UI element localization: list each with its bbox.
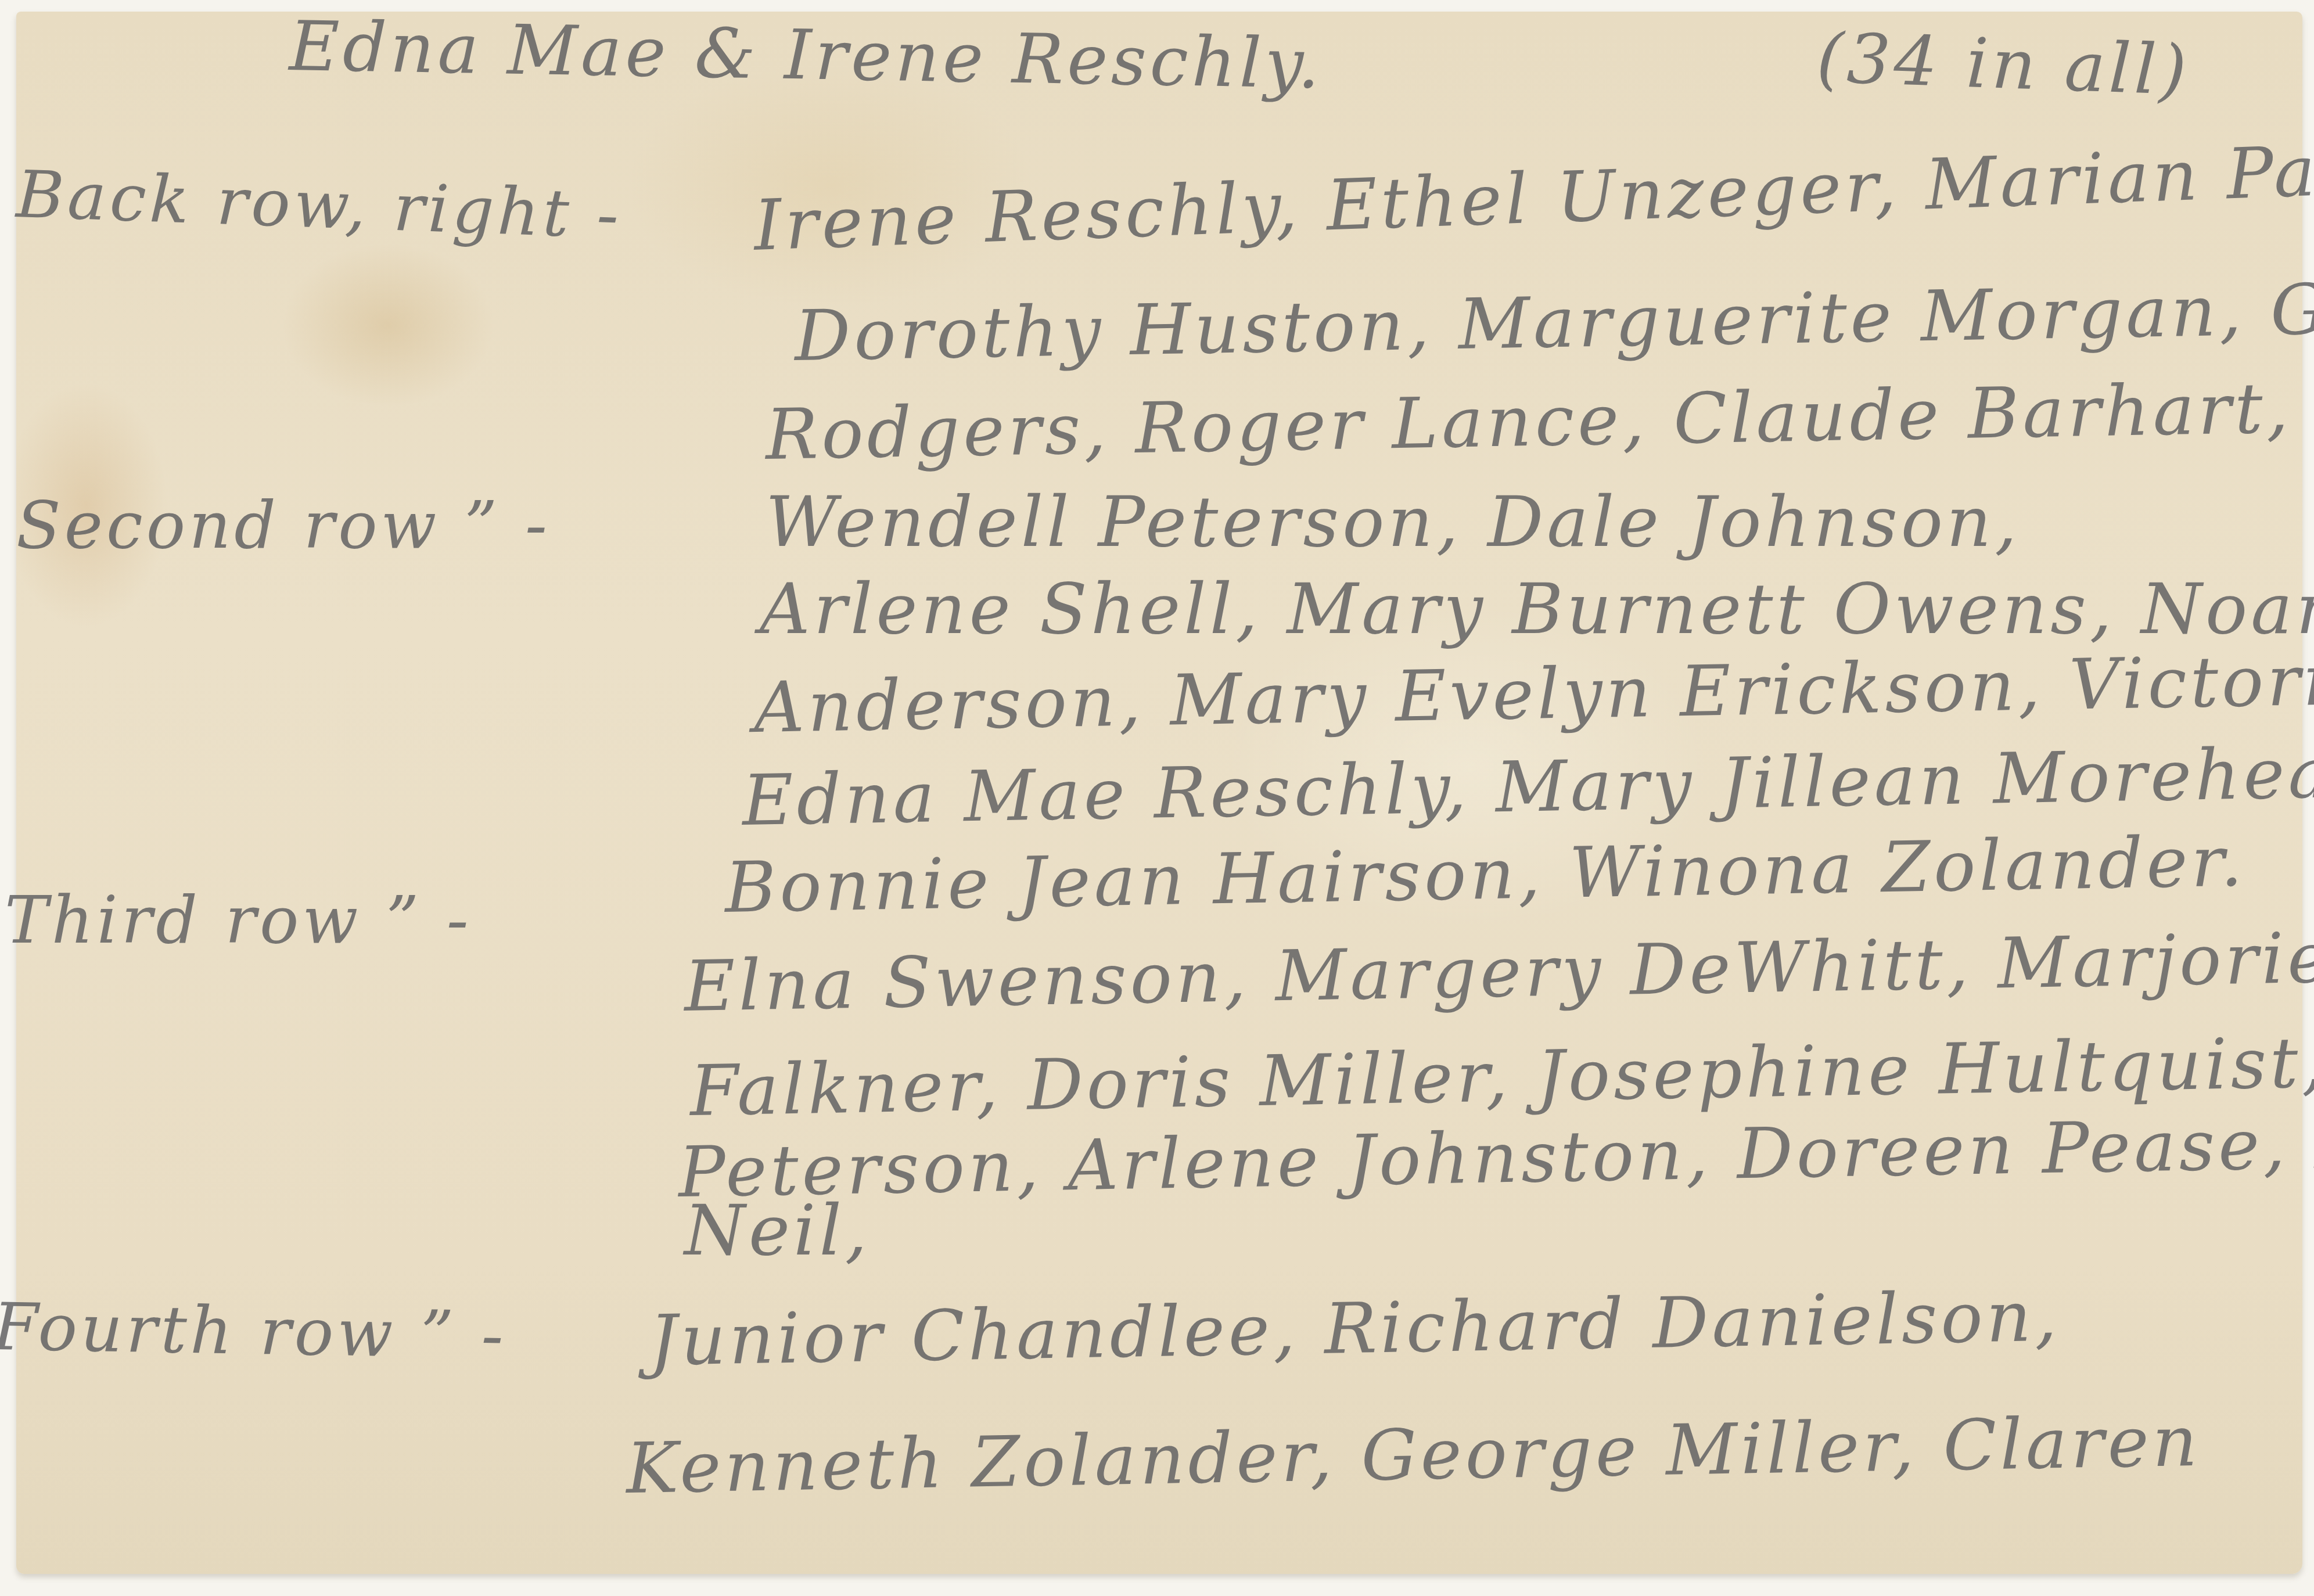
back-row-line-2: Dorothy Huston, Marguerite Morgan, Gera xyxy=(794,267,2314,377)
back-row-line-1: Irene Reschly, Ethel Unzeger, Marian Pa xyxy=(753,131,2314,267)
back-row-line-3: Rodgers, Roger Lance, Claude Barhart, xyxy=(765,368,2293,476)
third-row-line-1: Elna Swenson, Margery DeWhitt, Marjorie xyxy=(684,918,2314,1027)
second-row-line-1: Arlene Shell, Mary Burnett Owens, Noami xyxy=(760,569,2314,650)
row-label-back: Back row, right - xyxy=(15,157,624,253)
row-label-third: Third row ” - xyxy=(5,883,472,958)
third-row-line-4: Neil, xyxy=(684,1191,871,1271)
second-row-line-2: Anderson, Mary Evelyn Erickson, Victoria… xyxy=(753,635,2314,749)
fourth-row-line-2: Kenneth Zolander, George Miller, Claren xyxy=(626,1401,2201,1509)
count-note: (34 in all) xyxy=(1816,17,2191,110)
back-row-line-4: Wendell Peterson, Dale Johnson, xyxy=(766,482,2020,563)
row-label-fourth: Fourth row ” - xyxy=(0,1289,508,1374)
fourth-row-line-1: Junior Chandlee, Richard Danielson, xyxy=(649,1277,2061,1382)
header-title: Edna Mae & Irene Reschly. xyxy=(289,6,1324,104)
row-label-second: Second row ” - xyxy=(16,488,551,563)
photo-back-card: Edna Mae & Irene Reschly. (34 in all) Ba… xyxy=(16,12,2302,1574)
